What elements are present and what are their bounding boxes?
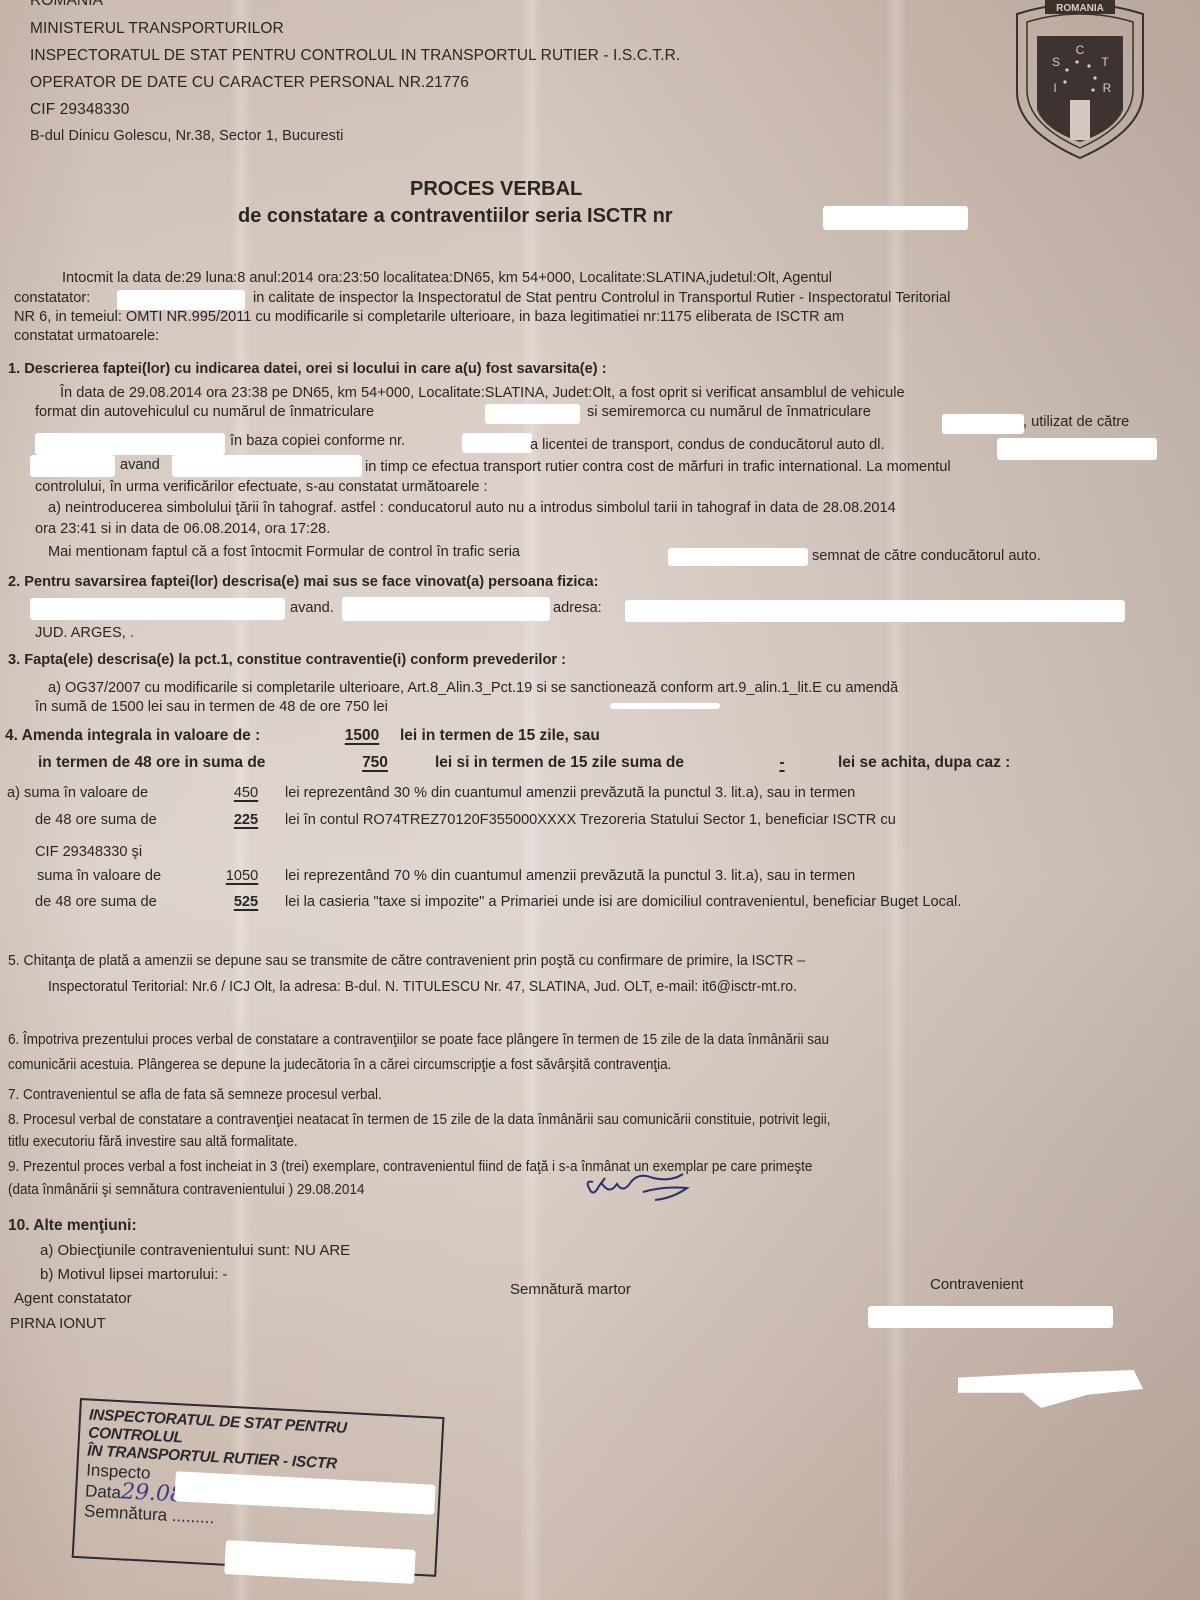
redacted-driver-name-continued [30, 455, 115, 477]
svg-text:ROMANIA: ROMANIA [1056, 3, 1104, 14]
section-1-heading: 1. Descrierea faptei(lor) cu indicarea d… [8, 361, 607, 377]
section-1-line-3b: a licentei de transport, condus de condu… [530, 437, 885, 453]
remaining-amount: - [775, 754, 789, 772]
redacted-control-form-series [668, 548, 808, 566]
section-6-line-1: 6. Împotriva prezentului proces verbal d… [8, 1031, 829, 1048]
section-5-line-2: Inspectoratul Teritorial: Nr.6 / ICJ Olt… [48, 978, 797, 995]
intro-line-3: NR 6, in temeiul: OMTI NR.995/2011 cu mo… [14, 309, 844, 325]
redacted-offender-name [30, 598, 285, 620]
stamp-date-label: Data [85, 1481, 122, 1502]
redacted-driver-name [997, 438, 1157, 460]
offender-label: Contravenient [930, 1276, 1023, 1293]
redacted-trailer-plate [942, 414, 1024, 434]
section-4-a-line-2b: lei în contul RO74TREZ70120F355000XXXX T… [285, 812, 896, 828]
section-2-having-label: avand. [290, 600, 334, 616]
section-8-line-2: titlu executoriu fără investire sau altă… [8, 1133, 298, 1150]
section-7-line-1: 7. Contravenientul se afla de fata să se… [8, 1086, 382, 1103]
section-4-line-2c: lei se achita, dupa caz : [838, 754, 1010, 772]
stamp-signature-label: Semnătura [84, 1501, 168, 1524]
section-10-objections: a) Obiecţiunile contravenientului sunt: … [40, 1242, 350, 1259]
section-1-line-4a: avand [120, 457, 160, 473]
section-1-line-2a: format din autovehiculul cu numărul de î… [35, 404, 374, 420]
agent-name: PIRNA IONUT [10, 1315, 106, 1332]
section-10-missing-witness: b) Motivul lipsei martorului: - [40, 1266, 228, 1283]
redacted-offender-name-signature [868, 1306, 1113, 1328]
section-4-line-1b: lei in termen de 15 zile, sau [400, 727, 600, 745]
section-4-a-line-1a: a) suma în valoare de [7, 785, 148, 801]
redacted-offender-signature [958, 1370, 1143, 1408]
intro-line-2: in calitate de inspector la Inspectoratu… [253, 290, 950, 306]
section-1-line-1: În data de 29.08.2014 ora 23:38 pe DN65,… [60, 385, 905, 401]
section-3-heading: 3. Fapta(ele) descrisa(e) la pct.1, cons… [8, 652, 566, 668]
svg-text:T: T [1101, 55, 1109, 69]
header-address: B-dul Dinicu Golescu, Nr.38, Sector 1, B… [30, 128, 343, 144]
intro-constatator-label: constatator: [14, 290, 90, 306]
section-8-line-1: 8. Procesul verbal de constatare a contr… [8, 1111, 830, 1128]
redacted-driver-id [172, 455, 362, 477]
svg-text:C: C [1076, 43, 1085, 57]
section-1-line-7: ora 23:41 si in data de 06.08.2014, ora … [35, 521, 330, 537]
section-4-a-line-2a: de 48 ore suma de [35, 812, 157, 828]
witness-signature-label: Semnătură martor [510, 1281, 631, 1298]
svg-text:S: S [1052, 55, 1060, 69]
section-1-line-2b: si semiremorca cu numărul de înmatricula… [587, 404, 871, 420]
section-9-line-2: (data înmânării şi semnătura contravenie… [8, 1181, 364, 1198]
section-3-line-1: a) OG37/2007 cu modificarile si completa… [48, 680, 898, 696]
section-2-heading: 2. Pentru savarsirea faptei(lor) descris… [8, 574, 598, 590]
amount-30-percent-48h: 225 [230, 812, 262, 828]
amount-30-percent: 450 [230, 785, 262, 801]
section-2-address-label: adresa: [553, 600, 602, 616]
paper-fold [885, 0, 907, 1600]
document-subtitle: de constatare a contraventiilor seria IS… [238, 205, 673, 228]
section-4-a-line-4a: suma în valoare de [37, 868, 161, 884]
section-4-a-line-5b: lei la casieria "taxe si impozite" a Pri… [285, 894, 961, 910]
header-country: ROMANIA [30, 0, 103, 10]
redacted-series-number [823, 206, 968, 230]
redacted-agent-name [117, 290, 245, 310]
isctr-crest-logo: ROMANIA C S T I R [1005, 0, 1155, 160]
section-3-line-2: în sumă de 1500 lei sau in termen de 48 … [35, 699, 388, 715]
header-cif: CIF 29348330 [30, 101, 129, 119]
svg-text:I: I [1053, 81, 1056, 95]
intro-line-1: Intocmit la data de:29 luna:8 anul:2014 … [62, 270, 832, 286]
redacted-vehicle-plate [485, 404, 580, 424]
section-4-a-line-3: CIF 29348330 şi [35, 844, 142, 860]
header-institution: INSPECTORATUL DE STAT PENTRU CONTROLUL I… [30, 47, 680, 65]
half-fine-amount: 750 [355, 754, 395, 772]
redacted-license-copy-number [462, 433, 532, 453]
section-1-line-4b: in timp ce efectua transport rutier cont… [365, 459, 951, 475]
section-1-line-2c: , utilizat de către [1023, 414, 1129, 430]
offender-signature [583, 1168, 693, 1208]
section-2-county: JUD. ARGES, . [35, 625, 134, 641]
section-1-line-8a: Mai mentionam faptul că a fost întocmit … [48, 544, 520, 560]
document-title: PROCES VERBAL [410, 178, 582, 201]
section-1-finding-a: a) neintroducerea simbolului ţării în ta… [48, 500, 896, 516]
redacted-company-name [35, 433, 225, 455]
full-fine-amount: 1500 [337, 727, 387, 745]
section-1-line-8b: semnat de către conducătorul auto. [812, 548, 1041, 564]
amount-70-percent-48h: 525 [230, 894, 262, 910]
redacted-offender-id [342, 597, 550, 621]
redacted-offender-address [625, 600, 1125, 622]
intro-line-4: constatat urmatoarele: [14, 328, 159, 344]
section-4-a-line-4b: lei reprezentând 70 % din cuantumul amen… [285, 868, 855, 884]
section-5-line-1: 5. Chitanţa de plată a amenzii se depune… [8, 952, 805, 969]
section-4-line-2a: in termen de 48 ore in suma de [38, 754, 265, 772]
header-data-operator: OPERATOR DE DATE CU CARACTER PERSONAL NR… [30, 74, 469, 92]
section-10-heading: 10. Alte menţiuni: [8, 1217, 137, 1235]
section-1-line-3a: în baza copiei conforme nr. [230, 433, 405, 449]
amount-70-percent: 1050 [222, 868, 262, 884]
section-1-line-5: controlului, în urma verificărilor efect… [35, 479, 488, 495]
header-ministry: MINISTERUL TRANSPORTURILOR [30, 20, 284, 38]
redacted-mark [610, 703, 720, 709]
section-4-a-line-5a: de 48 ore suma de [35, 894, 157, 910]
agent-label: Agent constatator [14, 1290, 132, 1307]
section-4-line-2b: lei si in termen de 15 zile suma de [435, 754, 684, 772]
svg-text:R: R [1103, 81, 1112, 95]
section-4-line-1a: 4. Amenda integrala in valoare de : [5, 727, 260, 745]
section-6-line-2: comunicării acestuia. Plângerea se depun… [8, 1056, 671, 1073]
section-4-a-line-1b: lei reprezentând 30 % din cuantumul amen… [285, 785, 855, 801]
